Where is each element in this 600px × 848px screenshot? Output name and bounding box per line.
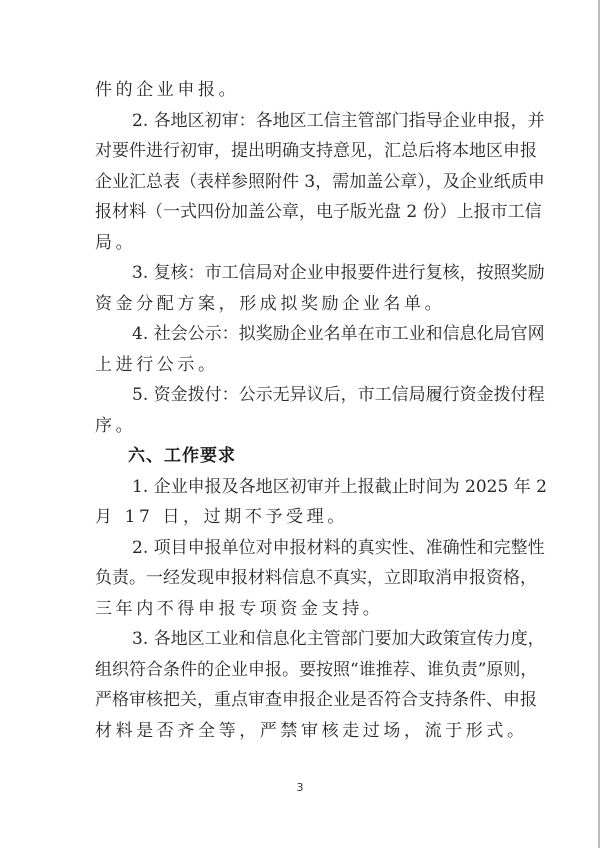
paragraph-line: 组织符合条件的企业申报。要按照“谁推荐、谁负责”原则， [95,655,511,686]
paragraph-line: 材料是否齐全等，严禁审核走过场，流于形式。 [95,716,511,747]
paragraph-line: 负责。一经发现申报材料信息不真实，立即取消申报资格， [95,563,511,594]
paragraph-line: 上进行公示。 [95,350,511,381]
paragraph-line: 3. 复核：市工信局对企业申报要件进行复核，按照奖励 [95,258,511,289]
paragraph-line: 三年内不得申报专项资金支持。 [95,594,511,625]
paragraph-line: 4. 社会公示：拟奖励企业名单在市工业和信息化局官网 [95,319,511,350]
paragraph-line: 月 17 日，过期不予受理。 [95,502,511,533]
paragraph-line: 序。 [95,411,511,442]
paragraph-line: 报材料（一式四份加盖公章，电子版光盘 2 份）上报市工信 [95,197,511,228]
paragraph-line: 3. 各地区工业和信息化主管部门要加大政策宣传力度， [95,624,511,655]
paragraph-line: 资金分配方案，形成拟奖励企业名单。 [95,289,511,320]
paragraph-line: 5. 资金拨付：公示无异议后，市工信局履行资金拨付程 [95,380,511,411]
page-number: 3 [0,781,600,794]
paragraph-line: 企业汇总表（表样参照附件 3，需加盖公章），及企业纸质申 [95,167,511,198]
paragraph-line: 2. 项目申报单位对申报材料的真实性、准确性和完整性 [95,533,511,564]
paragraph-line: 局。 [95,228,511,259]
paragraph-line: 1. 企业申报及各地区初审并上报截止时间为 2025 年 2 [95,472,511,503]
section-heading: 六、工作要求 [95,441,511,472]
paragraph-line: 严格审核把关，重点审查申报企业是否符合支持条件、申报 [95,685,511,716]
paragraph-line: 件的企业申报。 [95,75,511,106]
document-page: 件的企业申报。 2. 各地区初审：各地区工信主管部门指导企业申报，并 对要件进行… [0,0,600,848]
document-body: 件的企业申报。 2. 各地区初审：各地区工信主管部门指导企业申报，并 对要件进行… [95,75,511,746]
paragraph-line: 2. 各地区初审：各地区工信主管部门指导企业申报，并 [95,106,511,137]
paragraph-line: 对要件进行初审，提出明确支持意见，汇总后将本地区申报 [95,136,511,167]
